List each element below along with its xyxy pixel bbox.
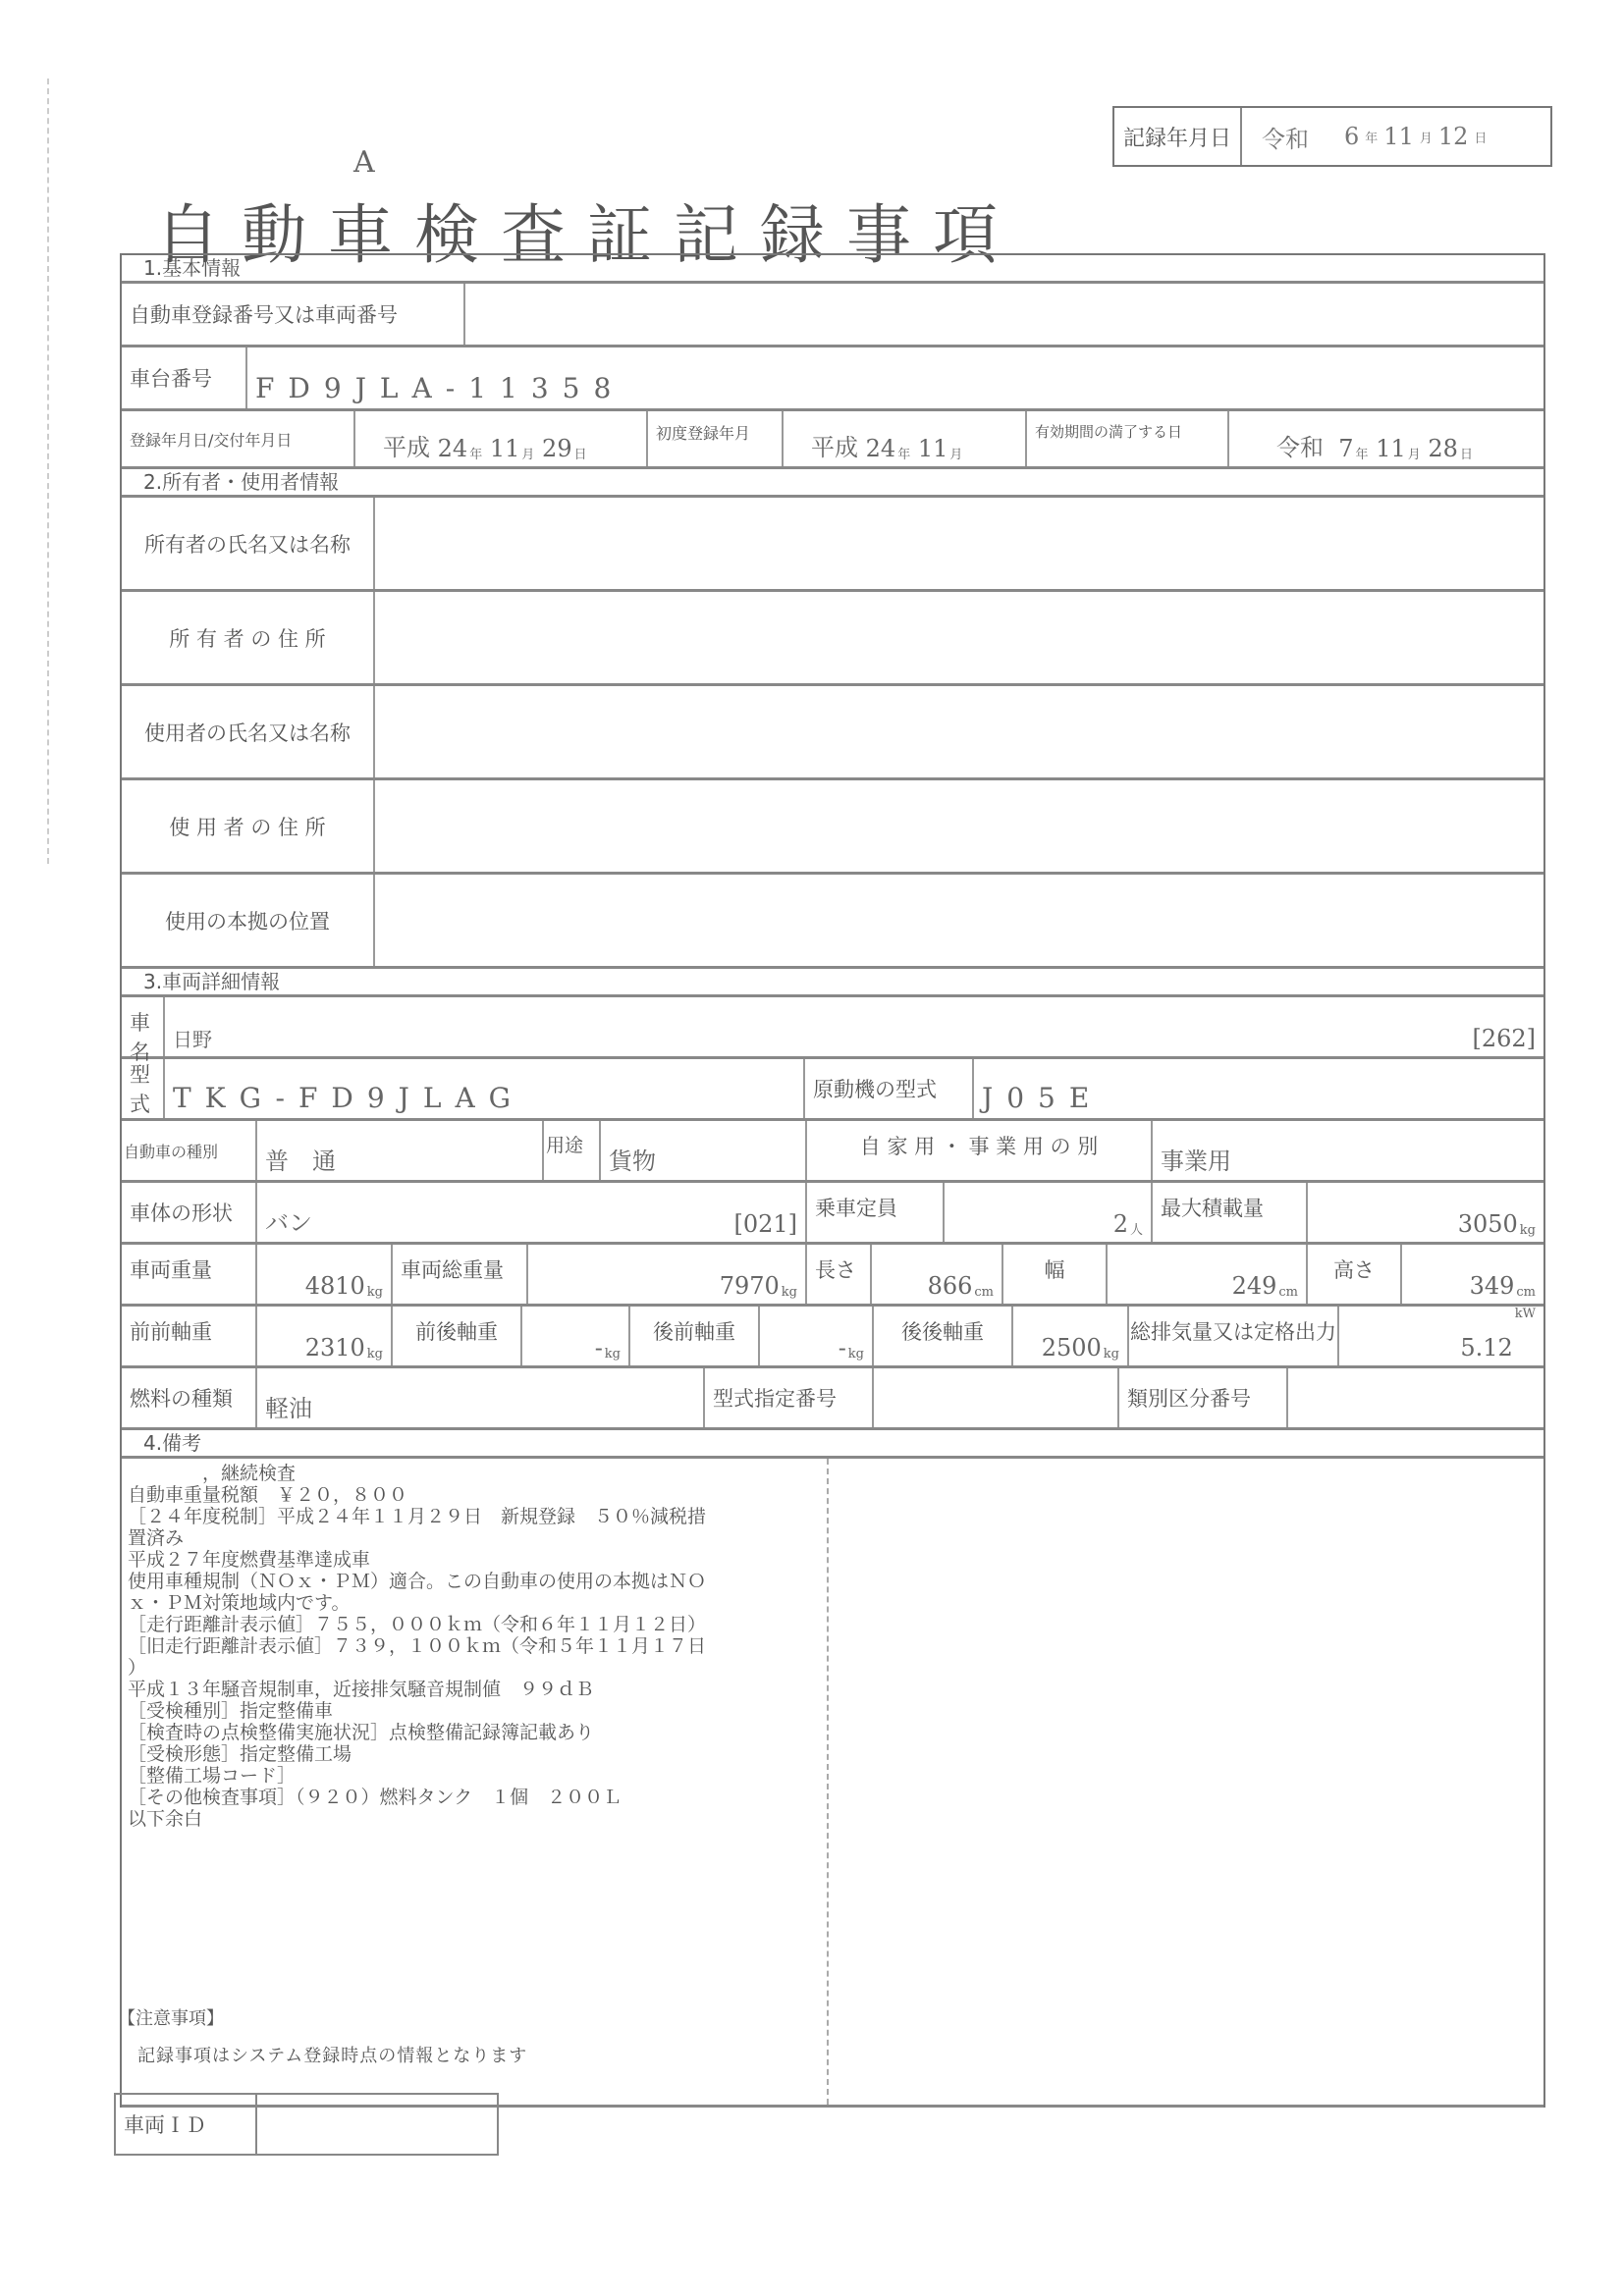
remarks-area: ，継続検査自動車重量税額 ￥２０，８００［２４年度税制］平成２４年１１月２９日 …	[122, 1459, 1543, 2108]
corner-mark: A	[353, 145, 375, 180]
notes-title: 【注意事項】	[118, 2004, 224, 2030]
height-value: 349	[1470, 1272, 1515, 1300]
width-cell: 249cm	[1108, 1245, 1308, 1304]
rr-axle-label: 後後軸重	[874, 1307, 1013, 1365]
vehicle-id-box: 車両ＩＤ	[114, 2093, 499, 2156]
record-date-value: 令和 6年 11月 12日	[1242, 108, 1550, 165]
rf-axle-cell: -kg	[760, 1307, 874, 1365]
remarks-line: 使用車種規制（ＮＯｘ・ＰＭ）適合。この自動車の使用の本拠はＮＯ	[128, 1571, 821, 1592]
type-designation-value	[874, 1368, 1119, 1427]
category-number-label: 類別区分番号	[1119, 1368, 1288, 1427]
first-registration-label: 初度登録年月	[648, 411, 784, 466]
axle-weight-row: 前前軸重 2310kg 前後軸重 -kg 後前軸重 -kg 後後軸重 2500k…	[122, 1307, 1543, 1368]
weight-dimensions-row: 車両重量 4810kg 車両総重量 7970kg 長さ 866cm 幅 249c…	[122, 1245, 1543, 1307]
fr-axle-value: -	[595, 1334, 603, 1362]
remarks-line: 平成２７年度燃費基準達成車	[128, 1549, 821, 1571]
record-date-box: 記録年月日 令和 6年 11月 12日	[1112, 106, 1552, 167]
record-date-year-unit: 年	[1365, 128, 1378, 146]
private-business-value: 事業用	[1153, 1121, 1543, 1180]
vehicle-id-value	[257, 2095, 497, 2154]
displacement-value: 5.12	[1460, 1334, 1512, 1362]
record-date-year: 6	[1344, 123, 1359, 150]
gross-weight-label: 車両総重量	[393, 1245, 528, 1304]
ff-axle-value: 2310	[305, 1334, 365, 1362]
body-shape-row: 車体の形状 バン [021] 乗車定員 2人 最大積載量 3050kg	[122, 1183, 1543, 1245]
vehicle-type-row: 自動車の種別 普 通 用途 貨物 自 家 用 ・ 事 業 用 の 別 事業用	[122, 1121, 1543, 1183]
section-owner-user-heading: 2.所有者・使用者情報	[122, 469, 1543, 498]
user-name-value	[375, 686, 1543, 777]
capacity-cell: 2人	[945, 1183, 1153, 1242]
usage-value: 貨物	[601, 1121, 807, 1180]
gross-weight-value: 7970	[720, 1272, 780, 1300]
chassis-number-row: 車台番号 FD9JLA-11358	[122, 347, 1543, 411]
scan-edge-artifact	[47, 79, 51, 864]
dates-row: 登録年月日/交付年月日 平成 24年 11月 29日 初度登録年月 平成 24年…	[122, 411, 1543, 469]
remarks-line: ）	[128, 1657, 821, 1679]
height-cell: 349cm	[1402, 1245, 1543, 1304]
vehicle-weight-cell: 4810kg	[257, 1245, 393, 1304]
vehicle-name-cell: 日野 [262]	[165, 997, 1543, 1056]
section-basic-info-heading: 1.基本情報	[122, 255, 1543, 284]
body-shape-cell: バン [021]	[257, 1183, 807, 1242]
remarks-line: ［２４年度税制］平成２４年１１月２９日 新規登録 ５０％減税措	[128, 1506, 821, 1527]
user-name-label: 使用者の氏名又は名称	[122, 686, 375, 777]
registration-date-label: 登録年月日/交付年月日	[122, 411, 355, 466]
length-label: 長さ	[807, 1245, 872, 1304]
remarks-line: ［走行距離計表示値］７５５，０００ｋｍ（令和６年１１月１２日）	[128, 1614, 821, 1635]
owner-address-value	[375, 592, 1543, 683]
model-value: TKG-FD9JLAG	[165, 1059, 805, 1118]
remarks-line: ｘ・ＰＭ対策地域内です。	[128, 1592, 821, 1614]
record-date-label: 記録年月日	[1114, 108, 1242, 165]
user-address-row: 使 用 者 の 住 所	[122, 780, 1543, 875]
record-date-month-unit: 月	[1420, 128, 1433, 146]
fuel-row: 燃料の種類 軽油 型式指定番号 類別区分番号	[122, 1368, 1543, 1430]
remarks-line: ［旧走行距離計表示値］７３９，１００ｋｍ（令和５年１１月１７日	[128, 1635, 821, 1657]
private-business-label: 自 家 用 ・ 事 業 用 の 別	[807, 1121, 1153, 1180]
ff-axle-cell: 2310kg	[257, 1307, 393, 1365]
remarks-line: 置済み	[128, 1527, 821, 1549]
fr-axle-cell: -kg	[522, 1307, 630, 1365]
fuel-value: 軽油	[257, 1368, 705, 1427]
remarks-line: ［受検種別］指定整備車	[128, 1700, 821, 1722]
record-date-day: 12	[1438, 123, 1469, 150]
owner-name-label: 所有者の氏名又は名称	[122, 498, 375, 589]
first-registration-value: 平成 24年 11月	[784, 411, 1027, 466]
displacement-cell: 5.12kW	[1339, 1307, 1543, 1365]
rr-axle-cell: 2500kg	[1013, 1307, 1129, 1365]
inspection-record-form: 1.基本情報 自動車登録番号又は車両番号 車台番号 FD9JLA-11358 登…	[120, 253, 1545, 2108]
height-label: 高さ	[1308, 1245, 1402, 1304]
remarks-line: 以下余白	[128, 1808, 821, 1830]
section-remarks-heading: 4.備考	[122, 1430, 1543, 1459]
type-designation-label: 型式指定番号	[705, 1368, 874, 1427]
remarks-line: 平成１３年騒音規制車，近接排気騒音規制値 ９９ｄＢ	[128, 1679, 821, 1700]
capacity-label: 乗車定員	[807, 1183, 945, 1242]
owner-name-value	[375, 498, 1543, 589]
vehicle-name-row: 車名 日野 [262]	[122, 997, 1543, 1059]
base-location-label: 使用の本拠の位置	[122, 875, 375, 966]
notes-body: 記録事項はシステム登録時点の情報となります	[137, 2042, 527, 2067]
model-label: 型式	[122, 1059, 165, 1118]
vehicle-id-label: 車両ＩＤ	[116, 2095, 257, 2154]
owner-address-label: 所 有 者 の 住 所	[122, 592, 375, 683]
vehicle-name-code: [262]	[1472, 1025, 1536, 1052]
expiry-date-value: 令和 7年 11月 28日	[1229, 411, 1543, 466]
owner-address-row: 所 有 者 の 住 所	[122, 592, 1543, 686]
vehicle-weight-label: 車両重量	[122, 1245, 257, 1304]
fr-axle-label: 前後軸重	[393, 1307, 522, 1365]
remarks-line: ［その他検査事項］（９２０）燃料タンク １個 ２００Ｌ	[128, 1787, 821, 1808]
vehicle-name-label: 車名	[122, 997, 165, 1056]
length-cell: 866cm	[872, 1245, 1003, 1304]
width-value: 249	[1232, 1272, 1277, 1300]
registration-date-value: 平成 24年 11月 29日	[355, 411, 648, 466]
expiry-date-label: 有効期間の満了する日	[1027, 411, 1229, 466]
max-load-label: 最大積載量	[1153, 1183, 1308, 1242]
ff-axle-label: 前前軸重	[122, 1307, 257, 1365]
body-shape-value: バン	[265, 1203, 312, 1238]
displacement-label: 総排気量又は定格出力	[1129, 1307, 1339, 1365]
usage-label: 用途	[544, 1121, 601, 1180]
remarks-text: ，継続検査自動車重量税額 ￥２０，８００［２４年度税制］平成２４年１１月２９日 …	[122, 1459, 829, 2105]
max-load-cell: 3050kg	[1308, 1183, 1543, 1242]
remarks-line: 自動車重量税額 ￥２０，８００	[128, 1484, 821, 1506]
remarks-line: ［検査時の点検整備実施状況］点検整備記録簿記載あり	[128, 1722, 821, 1743]
user-name-row: 使用者の氏名又は名称	[122, 686, 1543, 780]
body-shape-label: 車体の形状	[122, 1183, 257, 1242]
rr-axle-value: 2500	[1042, 1334, 1102, 1362]
remarks-line: ［整備工場コード］	[128, 1765, 821, 1787]
rf-axle-value: -	[839, 1334, 846, 1362]
length-value: 866	[928, 1272, 973, 1300]
user-address-label: 使 用 者 の 住 所	[122, 780, 375, 872]
rf-axle-label: 後前軸重	[630, 1307, 760, 1365]
chassis-number-label: 車台番号	[122, 347, 247, 408]
engine-model-label: 原動機の型式	[805, 1059, 974, 1118]
user-address-value	[375, 780, 1543, 872]
remarks-right-blank	[829, 1459, 1543, 2105]
base-location-value	[375, 875, 1543, 966]
remarks-line: ，継続検査	[128, 1463, 821, 1484]
chassis-number-value: FD9JLA-11358	[247, 347, 1543, 408]
width-label: 幅	[1003, 1245, 1108, 1304]
model-row: 型式 TKG-FD9JLAG 原動機の型式 J05E	[122, 1059, 1543, 1121]
fuel-label: 燃料の種類	[122, 1368, 257, 1427]
gross-weight-cell: 7970kg	[528, 1245, 807, 1304]
engine-model-value: J05E	[974, 1059, 1543, 1118]
max-load-value: 3050	[1458, 1210, 1518, 1238]
registration-number-row: 自動車登録番号又は車両番号	[122, 284, 1543, 347]
record-date-month: 11	[1383, 123, 1414, 150]
vehicle-name-value: 日野	[173, 1024, 212, 1052]
vehicle-type-label: 自動車の種別	[122, 1121, 257, 1180]
record-date-era: 令和	[1262, 120, 1309, 154]
body-shape-code: [021]	[733, 1210, 797, 1238]
capacity-value: 2	[1113, 1210, 1128, 1238]
vehicle-type-value: 普 通	[257, 1121, 544, 1180]
registration-number-label: 自動車登録番号又は車両番号	[122, 284, 465, 345]
vehicle-weight-value: 4810	[305, 1272, 365, 1300]
remarks-line: ［受検形態］指定整備工場	[128, 1743, 821, 1765]
category-number-value	[1288, 1368, 1543, 1427]
section-vehicle-details-heading: 3.車両詳細情報	[122, 969, 1543, 997]
owner-name-row: 所有者の氏名又は名称	[122, 498, 1543, 592]
registration-number-value	[465, 284, 1543, 345]
base-location-row: 使用の本拠の位置	[122, 875, 1543, 969]
record-date-day-unit: 日	[1474, 128, 1487, 146]
